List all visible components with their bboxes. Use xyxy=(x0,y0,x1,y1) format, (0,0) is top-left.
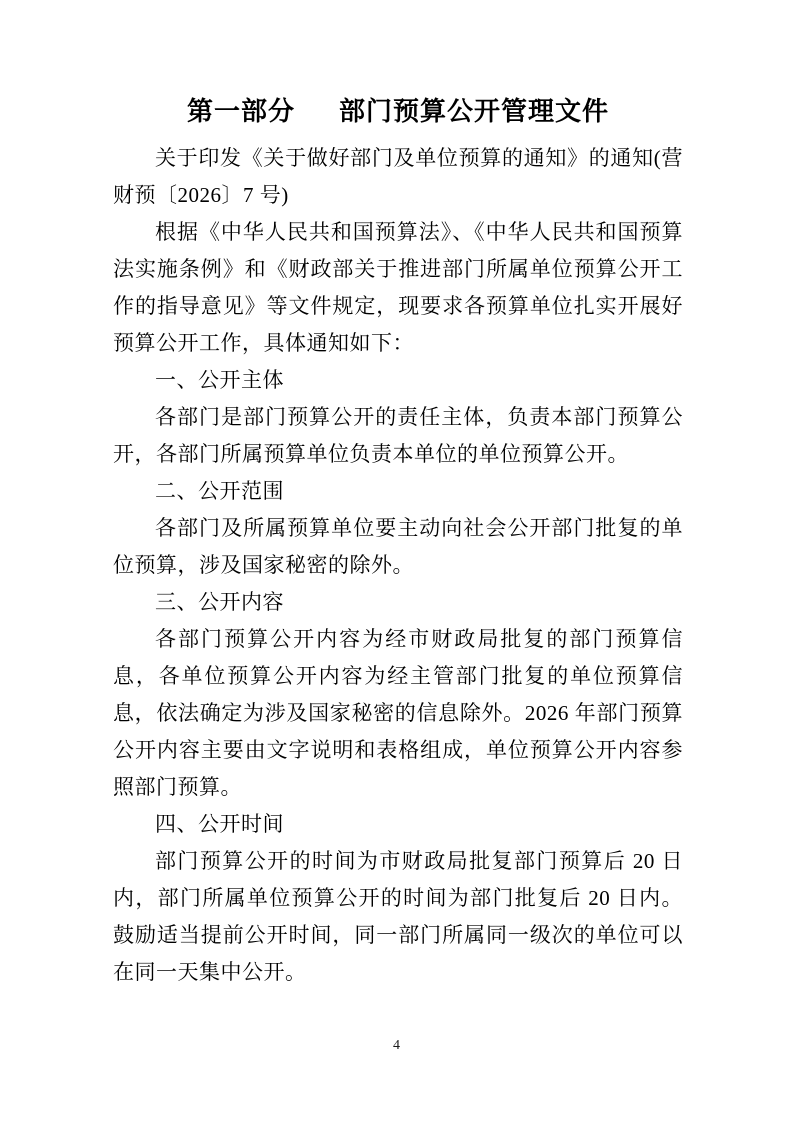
document-title-text: 部门预算公开管理文件 xyxy=(339,97,609,127)
section-4-heading: 四、公开时间 xyxy=(113,806,683,843)
section-3-paragraph: 各部门预算公开内容为经市财政局批复的部门预算信息，各单位预算公开内容为经主管部门… xyxy=(113,621,683,806)
section-1-heading: 一、公开主体 xyxy=(113,362,683,399)
section-4-paragraph: 部门预算公开的时间为市财政局批复部门预算后 20 日内，部门所属单位预算公开的时… xyxy=(113,843,683,991)
document-title: 第一部分部门预算公开管理文件 xyxy=(113,94,683,130)
intro-paragraph: 根据《中华人民共和国预算法》、《中华人民共和国预算法实施条例》和《财政部关于推进… xyxy=(113,214,683,362)
document-title-part: 第一部分 xyxy=(187,97,295,127)
document-page: 第一部分部门预算公开管理文件 关于印发《关于做好部门及单位预算的通知》的通知(营… xyxy=(0,0,793,1122)
page-number: 4 xyxy=(0,1036,793,1056)
section-2-paragraph: 各部门及所属预算单位要主动向社会公开部门批复的单位预算，涉及国家秘密的除外。 xyxy=(113,510,683,584)
section-1-paragraph: 各部门是部门预算公开的责任主体，负责本部门预算公开，各部门所属预算单位负责本单位… xyxy=(113,399,683,473)
doc-subject-line: 关于印发《关于做好部门及单位预算的通知》的通知(营财预〔2026〕7 号) xyxy=(113,140,683,214)
section-3-heading: 三、公开内容 xyxy=(113,584,683,621)
document-content: 第一部分部门预算公开管理文件 关于印发《关于做好部门及单位预算的通知》的通知(营… xyxy=(113,94,683,991)
section-2-heading: 二、公开范围 xyxy=(113,473,683,510)
